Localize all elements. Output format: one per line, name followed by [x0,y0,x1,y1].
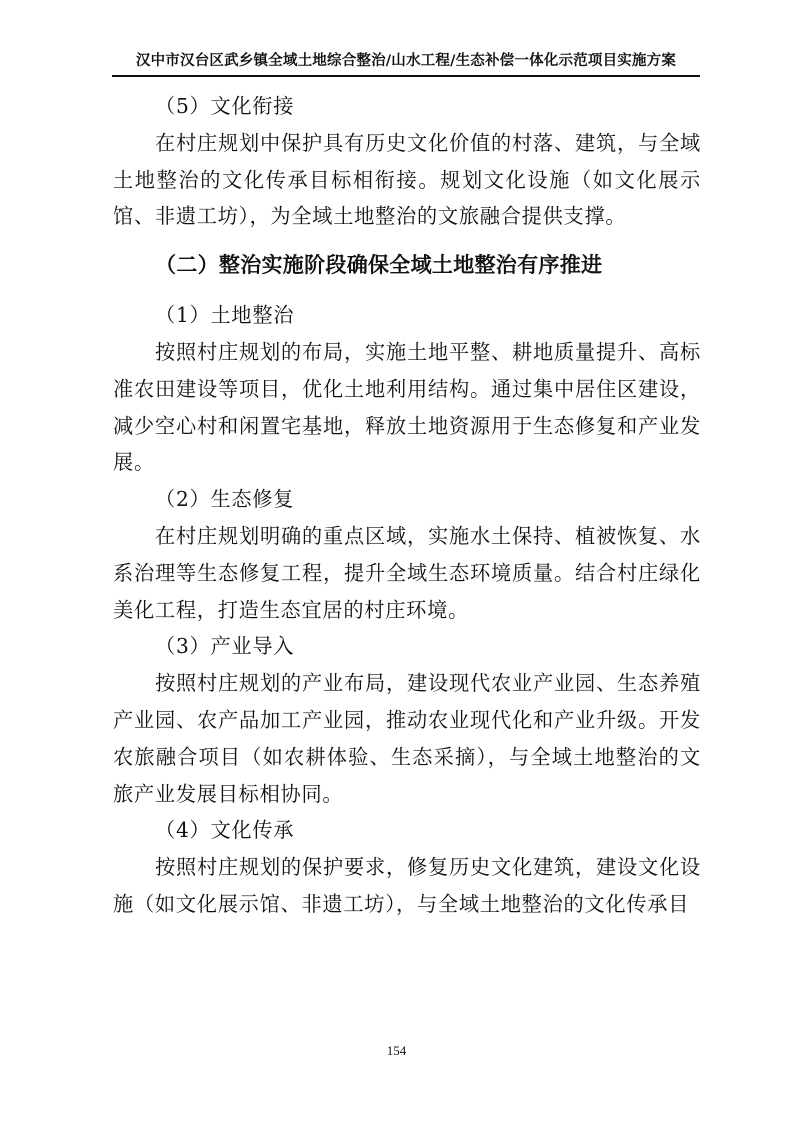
paragraph: 在村庄规划中保护具有历史文化价值的村落、建筑，与全域土地整治的文化传承目标相衔接… [113,125,701,235]
page-number: 154 [0,1043,793,1059]
subheading-land-remediation: （1）土地整治 [113,297,701,334]
subheading-industry-introduction: （3）产业导入 [113,628,701,665]
paragraph: 按照村庄规划的保护要求，修复历史文化建筑，建设文化设施（如文化展示馆、非遗工坊）… [113,849,701,923]
paragraph: 在村庄规划明确的重点区域，实施水土保持、植被恢复、水系治理等生态修复工程，提升全… [113,518,701,628]
running-header: 汉中市汉台区武乡镇全域土地综合整治/山水工程/生态补偿一体化示范项目实施方案 [112,50,700,72]
subheading-cultural-heritage: （4）文化传承 [113,812,701,849]
subheading-ecological-restoration: （2）生态修复 [113,481,701,518]
paragraph: 按照村庄规划的产业布局，建设现代农业产业园、生态养殖产业园、农产品加工产业园，推… [113,665,701,812]
page-body: （5）文化衔接 在村庄规划中保护具有历史文化价值的村落、建筑，与全域土地整治的文… [113,88,701,923]
subheading-cultural-link: （5）文化衔接 [113,88,701,125]
section-heading: （二）整治实施阶段确保全域土地整治有序推进 [113,247,701,283]
paragraph: 按照村庄规划的布局，实施土地平整、耕地质量提升、高标准农田建设等项目，优化土地利… [113,334,701,481]
header-rule [112,75,700,77]
